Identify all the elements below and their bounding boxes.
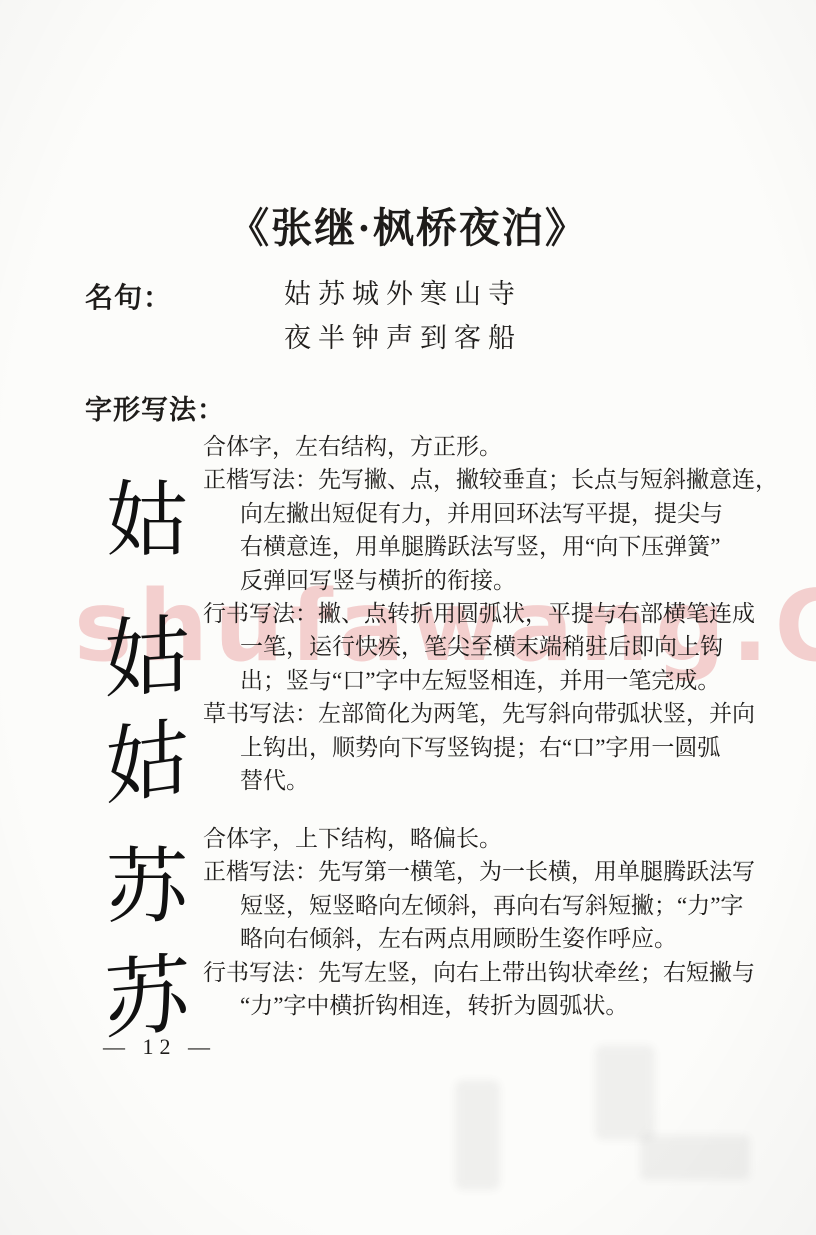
famous-lines-poem: 姑苏城外寒山寺 夜半钟声到客船 — [284, 272, 522, 360]
calligraphy-sample-gu-cursive: 姑 — [93, 687, 202, 824]
text-line: 反弹回写竖与横折的衔接。 — [203, 564, 733, 597]
text-line: 向左撇出短促有力，并用回环法写平提，提尖与 — [203, 497, 733, 530]
text-line: 上钩出，顺势向下写竖钩提；右“口”字用一圆弧 — [203, 731, 733, 764]
poem-line: 夜半钟声到客船 — [284, 316, 522, 360]
bleedthrough-artifact — [455, 1080, 500, 1190]
writing-method-text-gu: 合体字，左右结构，方正形。 正楷写法：先写撇、点，撇较垂直；长点与短斜撇意连， … — [203, 430, 733, 797]
text-line: 一笔，运行快疾，笔尖至横末端稍驻后即向上钩 — [203, 630, 733, 663]
writing-method-text-su: 合体字，上下结构，略偏长。 正楷写法：先写第一横笔，为一长横，用单腿腾跃法写 短… — [203, 822, 733, 1022]
text-line: “力”字中横折钩相连，转折为圆弧状。 — [203, 989, 733, 1022]
page-number: — 12 — — [103, 1034, 216, 1060]
writing-method-heading: 字形写法： — [85, 388, 225, 427]
text-line: 短竖，短竖略向左倾斜，再向右写斜短撇；“力”字 — [203, 889, 733, 922]
bleedthrough-artifact — [595, 1045, 655, 1140]
bleedthrough-artifact — [640, 1135, 750, 1180]
text-line: 草书写法：左部简化为两笔，先写斜向带弧状竖，并向 — [203, 697, 733, 730]
scanned-book-page: shufawang.CN 《张继·枫桥夜泊》 名句： 姑苏城外寒山寺 夜半钟声到… — [0, 0, 816, 1235]
text-line: 行书写法：撇、点转折用圆弧状，平提与右部横笔连成 — [203, 597, 733, 630]
text-line: 合体字，上下结构，略偏长。 — [203, 822, 733, 855]
page-title: 《张继·枫桥夜泊》 — [0, 195, 816, 254]
text-line: 行书写法：先写左竖，向右上带出钩状牵丝；右短撇与 — [203, 956, 733, 989]
text-line: 略向右倾斜，左右两点用顾盼生姿作呼应。 — [203, 922, 733, 955]
text-line: 合体字，左右结构，方正形。 — [203, 430, 733, 463]
calligraphy-sample-gu-regular: 姑 — [92, 455, 202, 572]
text-line: 替代。 — [203, 764, 733, 797]
text-line: 正楷写法：先写撇、点，撇较垂直；长点与短斜撇意连， — [203, 463, 733, 496]
calligraphy-sample-su-regular: 苏 — [92, 822, 202, 939]
poem-line: 姑苏城外寒山寺 — [284, 272, 522, 316]
text-line: 右横意连，用单腿腾跃法写竖，用“向下压弹簧” — [203, 530, 733, 563]
text-line: 出；竖与“口”字中左短竖相连，并用一笔完成。 — [203, 664, 733, 697]
text-line: 正楷写法：先写第一横笔，为一长横，用单腿腾跃法写 — [203, 855, 733, 888]
famous-lines-label: 名句： — [85, 276, 172, 316]
